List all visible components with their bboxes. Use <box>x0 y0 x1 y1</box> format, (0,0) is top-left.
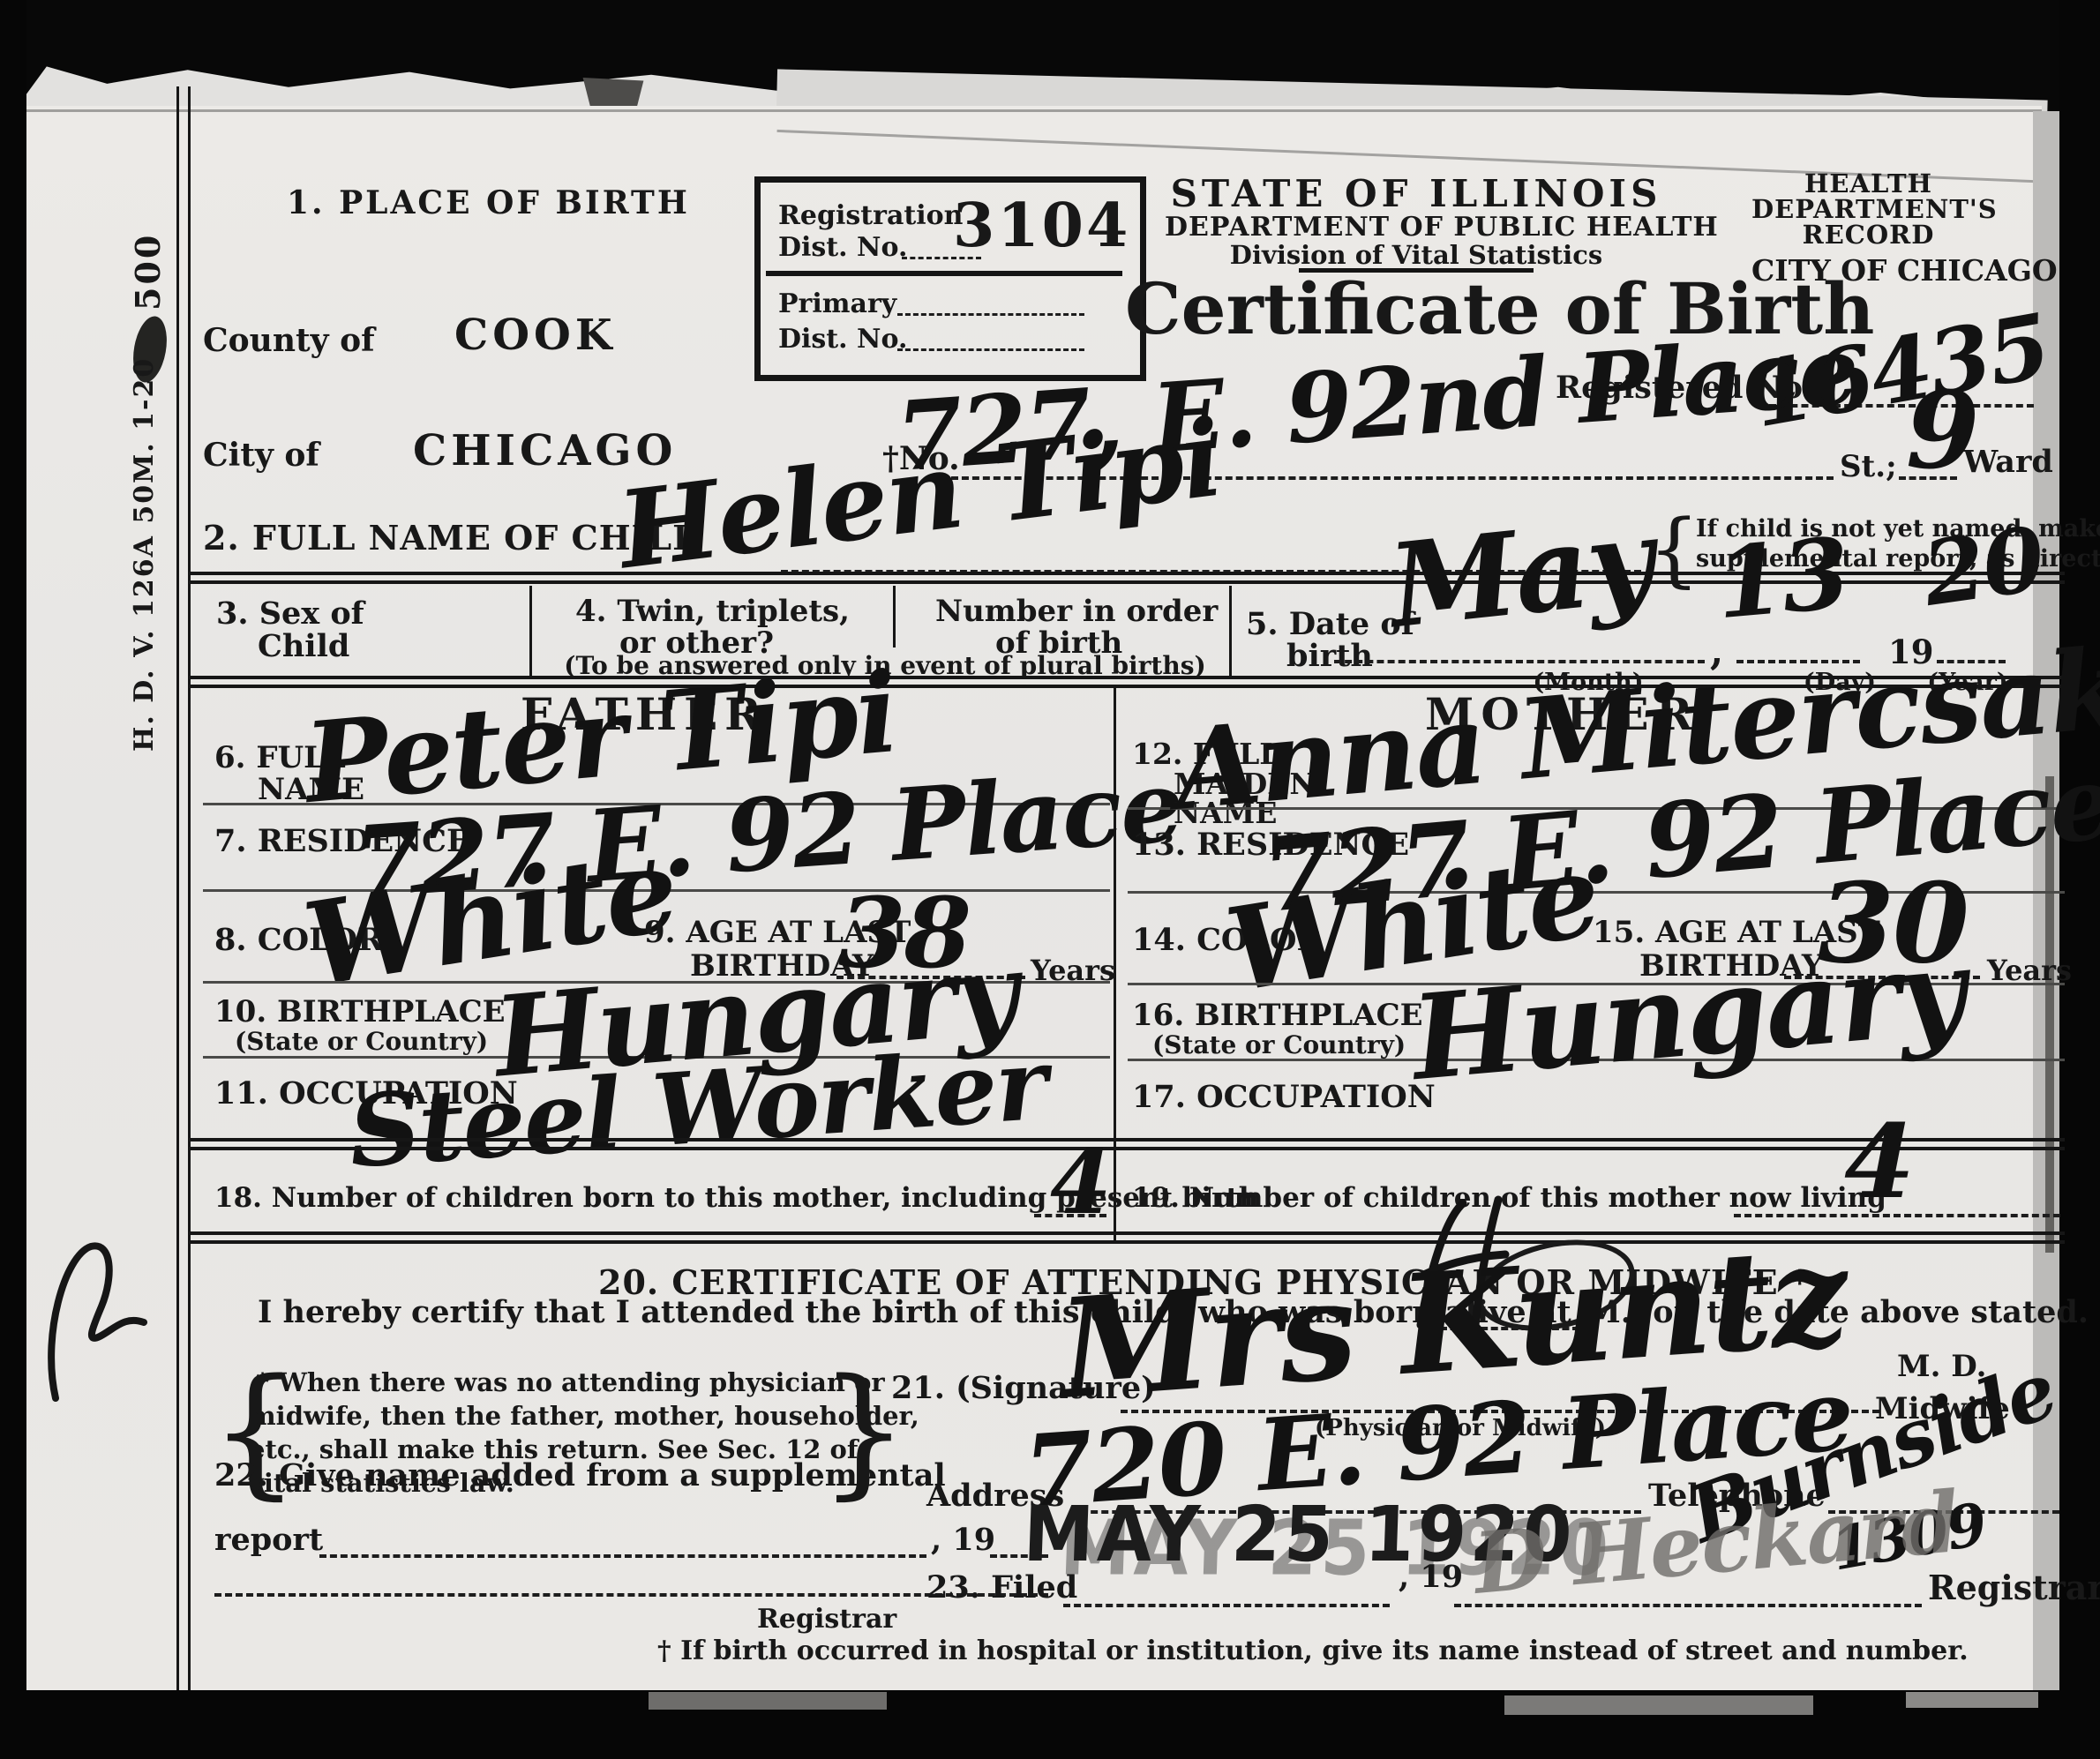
order-label-1: Number in order <box>935 596 1218 628</box>
hospital-footnote: † If birth occurred in hospital or insti… <box>657 1637 1969 1665</box>
row345-divider-2 <box>893 586 896 647</box>
margin-rule-outer <box>176 86 179 1690</box>
supplemental-label-2: report <box>214 1524 323 1557</box>
primary-dist-no-blank <box>897 348 1084 351</box>
registrar-left-blank <box>214 1593 1048 1597</box>
form-stock-code: H. D. V. 126A 50M. 1-20 <box>131 357 159 752</box>
county-label: County of <box>203 325 375 358</box>
dob-label-1: 5. Date of <box>1246 609 1414 641</box>
county-value: COOK <box>454 313 617 357</box>
father-birthplace-label-2: (State or Country) <box>235 1029 488 1054</box>
supplemental-label-1: 22. Give name added from a supplemental <box>214 1460 946 1493</box>
supplemental-blank <box>319 1554 926 1558</box>
dob-year-value: 20 <box>1917 513 2048 621</box>
primary-blank <box>897 313 1084 316</box>
paper-top-seam <box>26 109 2042 112</box>
registration-box-divider <box>766 271 1122 276</box>
mother-birthplace-label-1: 16. BIRTHPLACE <box>1132 1000 1423 1032</box>
twin-label-1: 4. Twin, triplets, <box>575 596 850 628</box>
record-line1: HEALTH <box>1751 170 1985 197</box>
city-of-chicago-label: CITY OF CHICAGO <box>1751 256 1985 287</box>
bottom-sliver-2 <box>1504 1695 1813 1715</box>
sex-label-1: 3. Sex of <box>216 598 364 631</box>
physician-note-line-1: * When there was no attending physician … <box>256 1369 885 1396</box>
mother-age-units: Years <box>1987 956 2072 986</box>
registration-dist-no-value: 3104 <box>953 195 1130 258</box>
primary-dist-no-word: Dist. No. <box>778 326 907 354</box>
scanned-birth-certificate: 500 H. D. V. 126A 50M. 1-20 1. PLACE OF … <box>0 0 2100 1759</box>
mother-birthplace-label-2: (State or Country) <box>1152 1032 1406 1058</box>
dob-month-value: May <box>1384 500 1658 647</box>
state-line: STATE OF ILLINOIS <box>1165 175 1668 213</box>
place-of-birth-label: 1. PLACE OF BIRTH <box>287 187 690 221</box>
bottom-sliver-1 <box>649 1692 887 1710</box>
stock-number: 500 <box>131 233 166 311</box>
sex-label-2: Child <box>258 631 349 663</box>
dob-day-value: 13 <box>1712 522 1852 635</box>
bottom-sliver-3 <box>1906 1692 2038 1708</box>
margin-pen-flourish <box>40 1231 172 1416</box>
left-black-band <box>0 0 26 1759</box>
dob-month-blank <box>1334 660 1705 663</box>
filed-year-prefix: , 19 <box>1399 1561 1463 1594</box>
section-rule-c <box>190 1138 2065 1150</box>
row345-divider-3 <box>1229 586 1232 676</box>
right-black-band <box>2059 0 2100 1759</box>
filed-blank <box>1063 1604 1390 1607</box>
children-born-value: 4 <box>1050 1136 1110 1229</box>
primary-word: Primary <box>778 290 896 318</box>
dob-label-2: birth <box>1286 640 1373 673</box>
father-birthplace-label-1: 10. BIRTHPLACE <box>214 997 506 1029</box>
registrar-label-right: Registrar <box>1928 1570 2100 1606</box>
record-line3: RECORD <box>1751 221 1985 248</box>
record-line2: DEPARTMENT'S <box>1751 196 1985 222</box>
registration-district-box: Registration Dist. No. 3104 Primary Dist… <box>754 176 1146 381</box>
division-line: Division of Vital Statistics <box>1165 242 1668 268</box>
registration-word: Registration <box>778 202 963 230</box>
st-label: St.; <box>1840 452 1897 483</box>
registrar-caption-left: Registrar <box>757 1606 896 1634</box>
row345-divider-1 <box>529 586 532 676</box>
ward-value: 9 <box>1906 376 1978 487</box>
children-living-value: 4 <box>1844 1110 1913 1216</box>
registration-dist-no-word: Dist. No. <box>778 234 907 262</box>
department-line: DEPARTMENT OF PUBLIC HEALTH <box>1165 213 1668 242</box>
supplemental-year-prefix: , 19 <box>931 1524 995 1557</box>
city-label: City of <box>203 439 319 473</box>
margin-rule-inner <box>188 86 191 1690</box>
mother-occupation-label: 17. OCCUPATION <box>1132 1082 1436 1114</box>
